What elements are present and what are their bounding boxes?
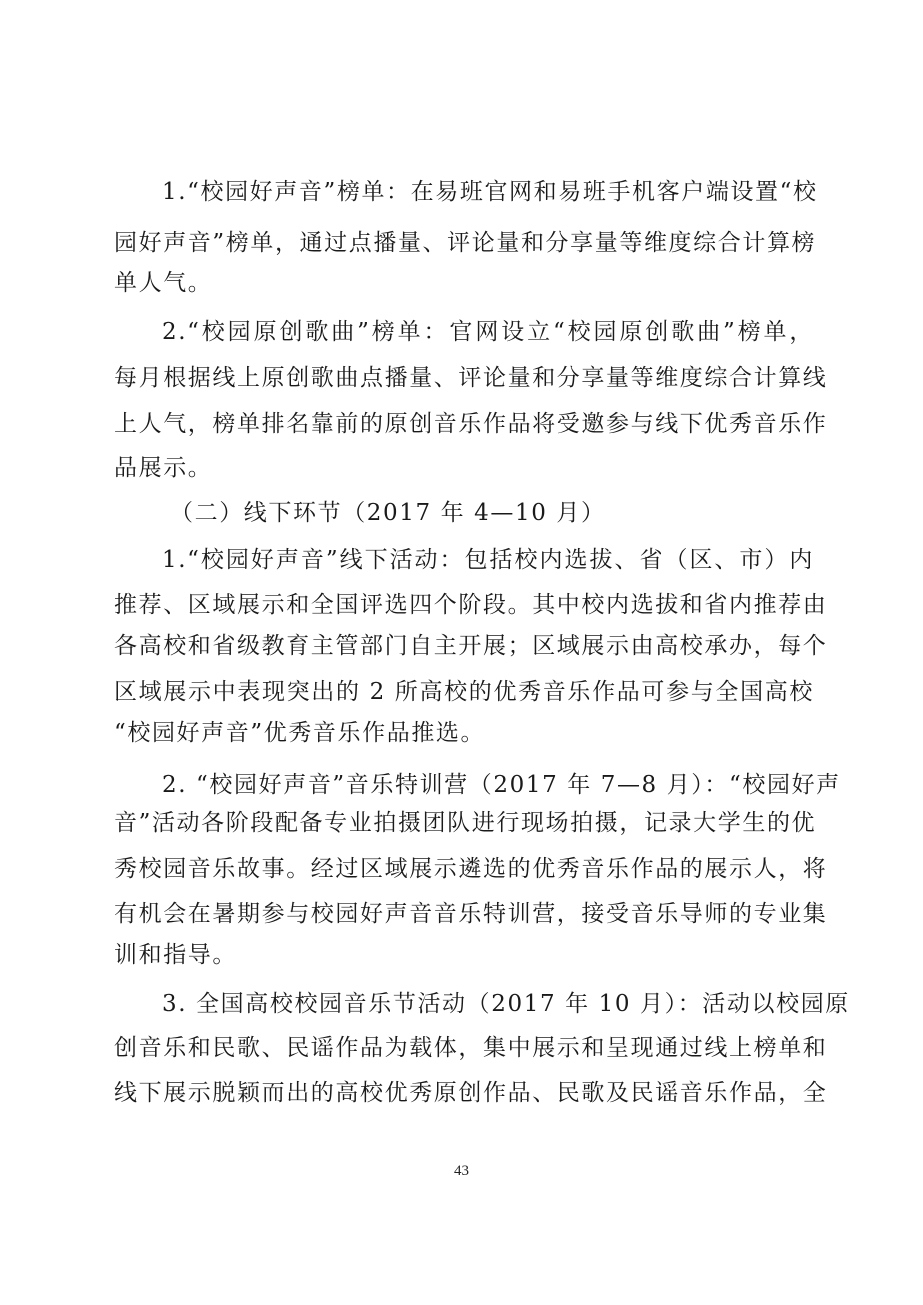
paragraph-4-line-5: 训和指导。 <box>114 940 814 970</box>
paragraph-3-line-1: 1.“校园好声音”线下活动：包括校内选拔、省（区、市）内 <box>162 545 814 575</box>
page-number: 43 <box>0 1163 923 1180</box>
paragraph-2-line-4: 品展示。 <box>114 453 814 483</box>
paragraph-4-line-2: 音”活动各阶段配备专业拍摄团队进行现场拍摄，记录大学生的优 <box>114 808 814 838</box>
paragraph-1-line-3: 单人气。 <box>114 268 814 298</box>
paragraph-3-line-4: 区域展示中表现突出的 2 所高校的优秀音乐作品可参与全国高校 <box>114 677 814 707</box>
paragraph-3-line-3: 各高校和省级教育主管部门自主开展；区域展示由高校承办，每个 <box>114 631 814 661</box>
paragraph-1-line-2: 园好声音”榜单，通过点播量、评论量和分享量等维度综合计算榜 <box>114 228 814 258</box>
paragraph-5-line-1: 3. 全国高校校园音乐节活动（2017 年 10 月）：活动以校园原 <box>162 989 814 1019</box>
paragraph-1-line-1: 1.“校园好声音”榜单：在易班官网和易班手机客户端设置“校 <box>162 177 814 207</box>
paragraph-5-line-3: 线下展示脱颖而出的高校优秀原创作品、民歌及民谣音乐作品，全 <box>114 1078 814 1108</box>
paragraph-4-line-1: 2. “校园好声音”音乐特训营（2017 年 7—8 月）：“校园好声 <box>162 770 814 800</box>
paragraph-2-line-2: 每月根据线上原创歌曲点播量、评论量和分享量等维度综合计算线 <box>114 363 814 393</box>
section-heading-offline: （二）线下环节（2017 年 4—10 月） <box>170 498 870 528</box>
document-page: 1.“校园好声音”榜单：在易班官网和易班手机客户端设置“校 园好声音”榜单，通过… <box>0 0 923 1305</box>
paragraph-2-line-3: 上人气，榜单排名靠前的原创音乐作品将受邀参与线下优秀音乐作 <box>114 409 814 439</box>
paragraph-3-line-5: “校园好声音”优秀音乐作品推选。 <box>114 718 814 748</box>
paragraph-5-line-2: 创音乐和民歌、民谣作品为载体，集中展示和呈现通过线上榜单和 <box>114 1033 814 1063</box>
paragraph-3-line-2: 推荐、区域展示和全国评选四个阶段。其中校内选拔和省内推荐由 <box>114 590 814 620</box>
paragraph-4-line-3: 秀校园音乐故事。经过区域展示遴选的优秀音乐作品的展示人，将 <box>114 854 814 884</box>
paragraph-2-line-1: 2.“校园原创歌曲”榜单：官网设立“校园原创歌曲”榜单， <box>162 317 814 347</box>
paragraph-4-line-4: 有机会在暑期参与校园好声音音乐特训营，接受音乐导师的专业集 <box>114 899 814 929</box>
